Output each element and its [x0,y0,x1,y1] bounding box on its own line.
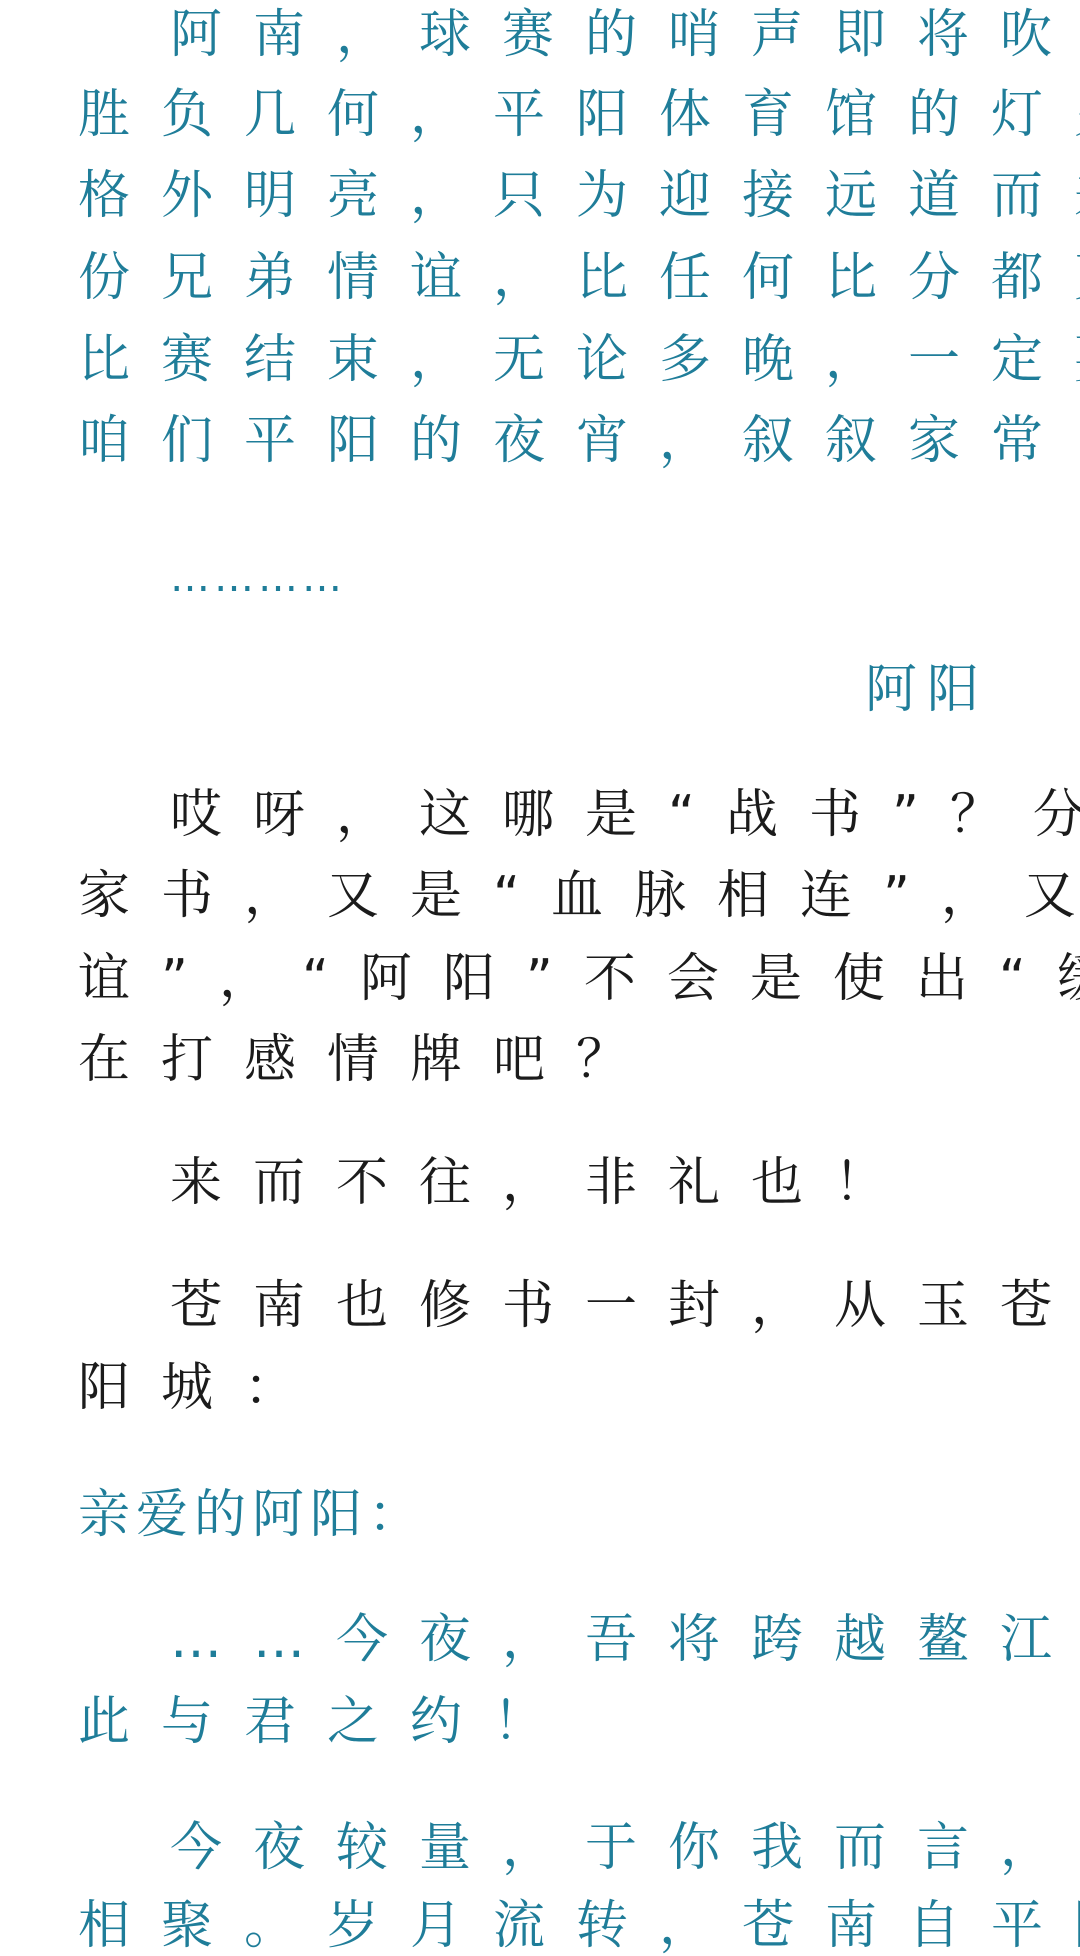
letter-anan-p1-line-1: ……今夜，吾将跨越鳌江之水，赴 [170,1610,1080,1670]
letter-ayang-line-6: 咱们平阳的夜宵，叙叙家常！ [78,411,1080,471]
signature-ayang: 阿阳 [865,660,989,720]
commentary-p2: 来而不往，非礼也！ [170,1153,917,1213]
letter-ayang-line-3: 格外明亮，只为迎接远道而来的你！这 [78,166,1080,226]
commentary-p1-line-2: 家书，又是“血脉相连”，又是“兄弟情 [78,866,1080,926]
letter-ayang-line-5: 比赛结束，无论多晚，一定要好好尝尝 [78,330,1080,390]
commentary-p3-line-1: 苍南也修书一封，从玉苍山送达昆 [170,1276,1080,1336]
commentary-p3-line-2: 阳城： [78,1358,327,1418]
letter-ayang-line-1: 阿南，球赛的哨声即将吹响，无论 [170,5,1080,65]
letter-anan-p2-line-2: 相聚。岁月流转，苍南自平阳分县而 [78,1896,1080,1956]
commentary-p1-line-3: 谊”，“阿阳”不会是使出“缓兵之计”， [78,949,1080,1009]
letter-ayang-line-4: 份兄弟情谊，比任何比分都更长久。待 [78,248,1080,308]
commentary-p1-line-4: 在打感情牌吧？ [78,1030,659,1090]
letter-ayang-line-2: 胜负几何，平阳体育馆的灯火，今夜将 [78,85,1080,145]
ellipsis: ………… [170,548,346,608]
letter-anan-p1-line-2: 此与君之约！ [78,1692,576,1752]
commentary-p1-line-1: 哎呀，这哪是“战书”？分明是一封 [170,785,1080,845]
letter-anan-p2-line-1: 今夜较量，于你我而言，更是一场 [170,1818,1080,1878]
salutation: 亲爱的阿阳： [78,1485,426,1545]
